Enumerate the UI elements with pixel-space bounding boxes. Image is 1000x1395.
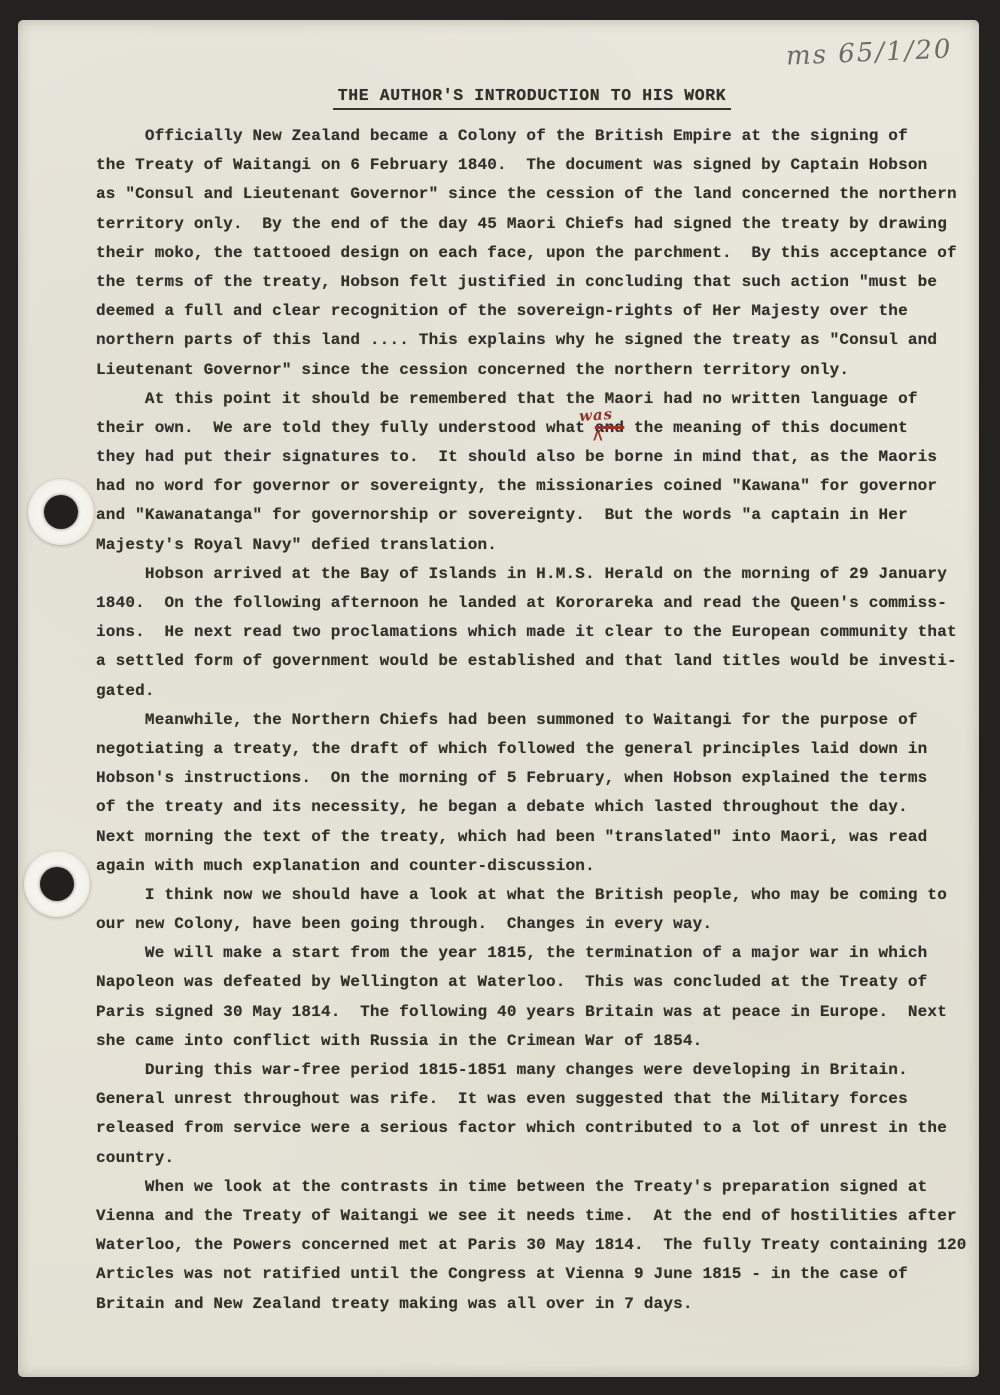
- text-line: Waterloo, the Powers concerned met at Pa…: [96, 1231, 976, 1260]
- text-line: ions. He next read two proclamations whi…: [96, 618, 976, 647]
- page-title: THE AUTHOR'S INTRODUCTION TO HIS WORK: [333, 86, 732, 110]
- hole-punch: [28, 479, 94, 545]
- text-line: country.: [96, 1144, 976, 1173]
- scan-background: { "page": { "archive_reference": "ms 65/…: [0, 0, 1000, 1395]
- text-line: gated.: [96, 677, 976, 706]
- text-line: negotiating a treaty, the draft of which…: [96, 735, 976, 764]
- text-line: Vienna and the Treaty of Waitangi we see…: [96, 1202, 976, 1231]
- text-line: as "Consul and Lieutenant Governor" sinc…: [96, 180, 976, 209]
- text-line: released from service were a serious fac…: [96, 1114, 976, 1143]
- text-line: had no word for governor or sovereignty,…: [96, 472, 976, 501]
- text-line: she came into conflict with Russia in th…: [96, 1027, 976, 1056]
- text-line: I think now we should have a look at wha…: [96, 881, 976, 910]
- text-line: northern parts of this land .... This ex…: [96, 326, 976, 355]
- hole-punch-center: [40, 867, 74, 901]
- text-line: Napoleon was defeated by Wellington at W…: [96, 968, 976, 997]
- document-body: Officially New Zealand became a Colony o…: [96, 122, 976, 1319]
- text-line: Next morning the text of the treaty, whi…: [96, 823, 976, 852]
- text-segment: their own. We are told they fully unders…: [96, 419, 595, 437]
- text-line: General unrest throughout was rife. It w…: [96, 1085, 976, 1114]
- text-line: deemed a full and clear recognition of t…: [96, 297, 976, 326]
- caret-mark-icon: ^: [593, 423, 603, 460]
- text-line: At this point it should be remembered th…: [96, 385, 976, 414]
- text-line: Britain and New Zealand treaty making wa…: [96, 1290, 976, 1319]
- text-line: 1840. On the following afternoon he land…: [96, 589, 976, 618]
- paper-sheet: ms 65/1/20 THE AUTHOR'S INTRODUCTION TO …: [18, 20, 979, 1377]
- text-line: When we look at the contrasts in time be…: [96, 1173, 976, 1202]
- text-line: Hobson arrived at the Bay of Islands in …: [96, 560, 976, 589]
- text-line: our new Colony, have been going through.…: [96, 910, 976, 939]
- text-line: the Treaty of Waitangi on 6 February 184…: [96, 151, 976, 180]
- title-row: THE AUTHOR'S INTRODUCTION TO HIS WORK: [96, 86, 968, 110]
- text-line: Majesty's Royal Navy" defied translation…: [96, 531, 976, 560]
- text-line: territory only. By the end of the day 45…: [96, 210, 976, 239]
- text-line: again with much explanation and counter-…: [96, 852, 976, 881]
- text-line: Lieutenant Governor" since the cession c…: [96, 356, 976, 385]
- text-line: their own. We are told they fully unders…: [96, 414, 976, 443]
- hole-punch-center: [44, 495, 78, 529]
- text-line: Meanwhile, the Northern Chiefs had been …: [96, 706, 976, 735]
- text-segment: the meaning of this document: [624, 419, 908, 437]
- text-line: the terms of the treaty, Hobson felt jus…: [96, 268, 976, 297]
- archive-reference-annotation: ms 65/1/20: [785, 34, 953, 71]
- text-line: Officially New Zealand became a Colony o…: [96, 122, 976, 151]
- text-line: and "Kawanatanga" for governorship or so…: [96, 501, 976, 530]
- text-line: they had put their signatures to. It sho…: [96, 443, 976, 472]
- text-line: their moko, the tattooed design on each …: [96, 239, 976, 268]
- text-line: Paris signed 30 May 1814. The following …: [96, 998, 976, 1027]
- text-line: a settled form of government would be es…: [96, 647, 976, 676]
- text-line: of the treaty and its necessity, he bega…: [96, 793, 976, 822]
- hole-punch: [24, 851, 90, 917]
- text-line: Articles was not ratified until the Cong…: [96, 1260, 976, 1289]
- text-line: Hobson's instructions. On the morning of…: [96, 764, 976, 793]
- text-line: During this war-free period 1815-1851 ma…: [96, 1056, 976, 1085]
- text-line: We will make a start from the year 1815,…: [96, 939, 976, 968]
